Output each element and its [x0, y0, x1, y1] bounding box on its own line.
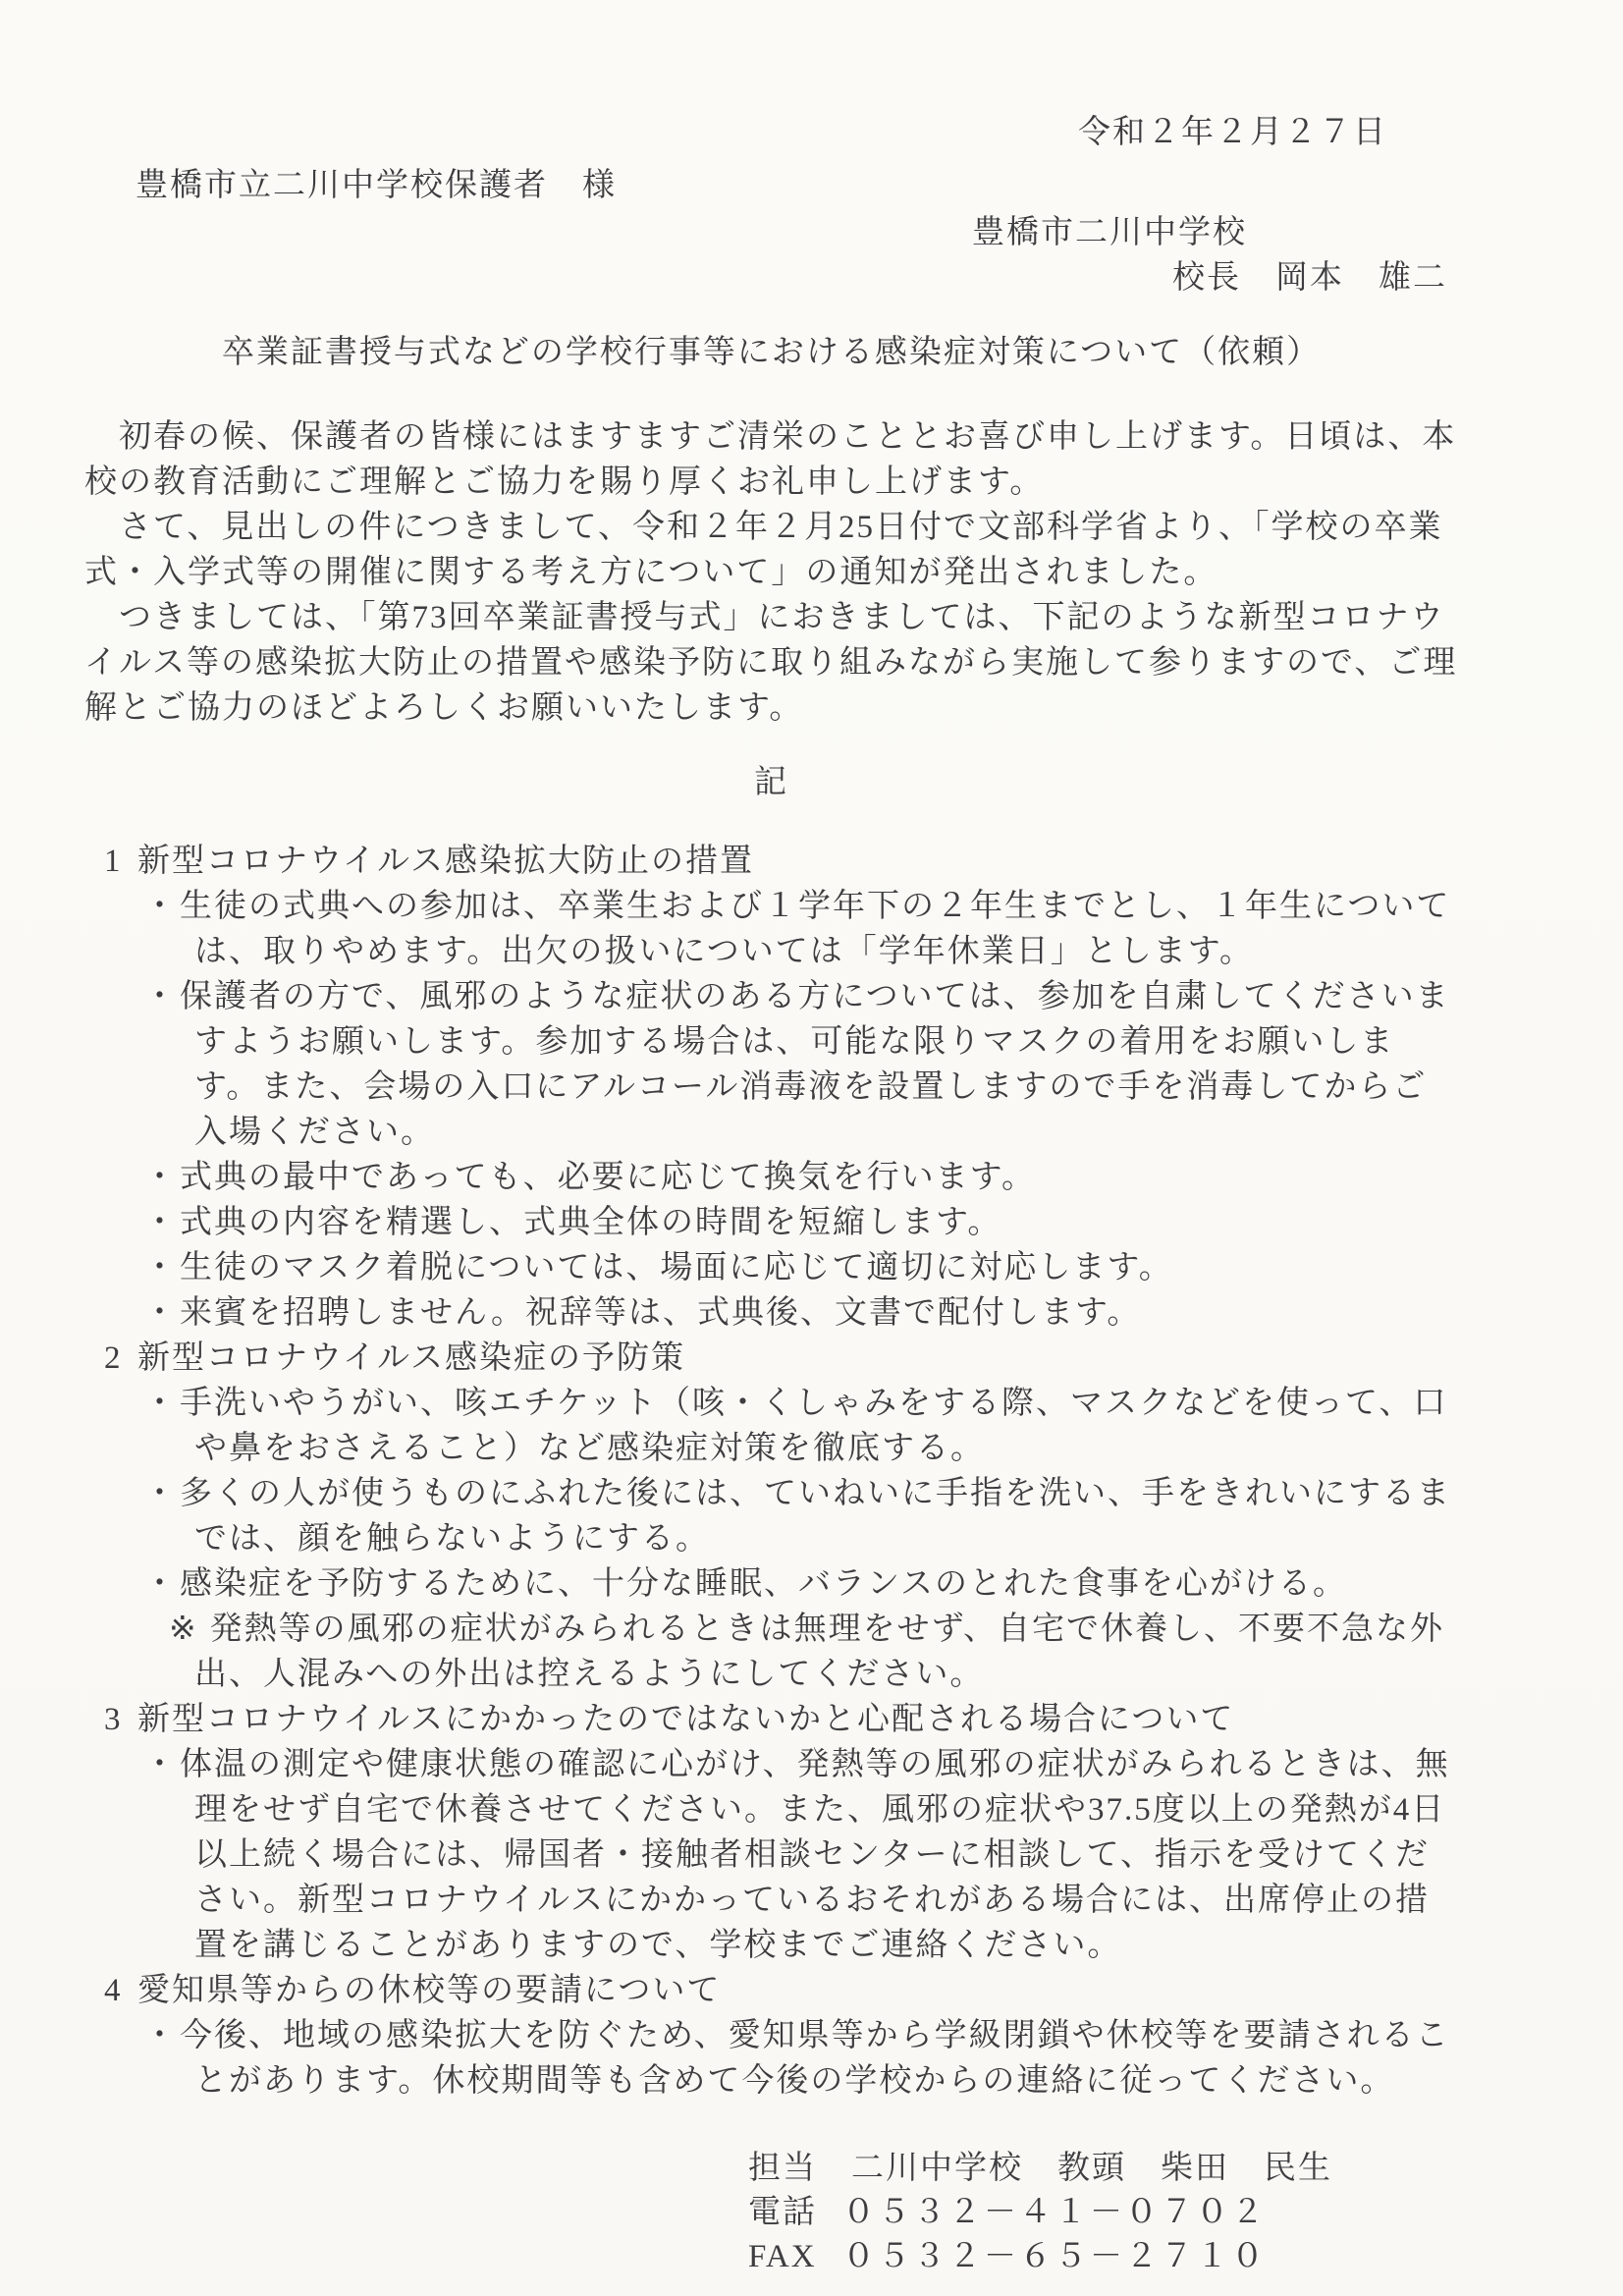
- list-item-text: 式典の内容を精選し、式典全体の時間を短縮します。: [180, 1205, 1001, 1240]
- fax-number: ０５３２－６５－２７１０: [842, 2239, 1267, 2274]
- section-number: 2: [84, 1336, 137, 1381]
- phone-number: ０５３２－４１－０７０２: [842, 2195, 1267, 2230]
- list-item: ・保護者の方で、風邪のような症状のある方については、参加を自粛してくださいますよ…: [84, 974, 1458, 1155]
- section-number: 3: [84, 1697, 137, 1742]
- bullet-marker: ・: [143, 1205, 178, 1240]
- bullet-marker: ・: [143, 979, 178, 1014]
- list-item: ・生徒の式典への参加は、卒業生および１学年下の２年生までとし、１年生については、…: [84, 884, 1458, 974]
- list-item: ・体温の測定や健康状態の確認に心がけ、発熱等の風邪の症状がみられるときは、無理を…: [84, 1742, 1458, 1968]
- section-heading-row: 1新型コロナウイルス感染拡大防止の措置: [84, 839, 1458, 884]
- list-item: ・手洗いやうがい、咳エチケット（咳・くしゃみをする際、マスクなどを使って、口や鼻…: [84, 1381, 1458, 1471]
- sender-principal: 校長 岡本 雄二: [84, 255, 1458, 301]
- list-item: ・多くの人が使うものにふれた後には、ていねいに手指を洗い、手をきれいにするまでは…: [84, 1471, 1458, 1561]
- section-heading-row: 2新型コロナウイルス感染症の予防策: [84, 1336, 1458, 1381]
- section-heading: 新型コロナウイルス感染症の予防策: [137, 1340, 685, 1376]
- note-marker: ※: [169, 1612, 198, 1647]
- bullet-marker: ・: [143, 1295, 178, 1331]
- greeting-paragraphs: 初春の候、保護者の皆様にはますますご清栄のこととお喜び申し上げます。日頃は、本校…: [84, 414, 1458, 731]
- section-number: 1: [84, 839, 137, 884]
- bullet-marker: ・: [143, 1250, 178, 1285]
- note-item: ※発熱等の風邪の症状がみられるときは無理をせず、自宅で休養し、不要不急な外出、人…: [84, 1607, 1458, 1697]
- document-title: 卒業証書授与式などの学校行事等における感染症対策について（依頼）: [84, 330, 1458, 375]
- list-item-text: 多くの人が使うものにふれた後には、ていねいに手指を洗い、手をきれいにするまでは、…: [180, 1476, 1451, 1557]
- list-item: ・生徒のマスク着脱については、場面に応じて適切に対応します。: [84, 1245, 1458, 1290]
- list-item: ・感染症を予防するために、十分な睡眠、バランスのとれた食事を心がける。: [84, 1561, 1458, 1607]
- bullet-marker: ・: [143, 889, 178, 924]
- contact-person: 担当 二川中学校 教頭 柴田 民生: [748, 2147, 1458, 2191]
- list-item: ・今後、地域の感染拡大を防ぐため、愛知県等から学級閉鎖や休校等を要請されることが…: [84, 2013, 1458, 2104]
- list-item: ・式典の最中であっても、必要に応じて換気を行います。: [84, 1155, 1458, 1200]
- phone-label: 電話: [748, 2191, 842, 2235]
- section-number: 4: [84, 1968, 137, 2013]
- scanned-letter-page: 令和２年２月２７日 豊橋市立二川中学校保護者 様 豊橋市二川中学校 校長 岡本 …: [0, 0, 1623, 2296]
- section-heading-row: 3新型コロナウイルスにかかったのではないかと心配される場合について: [84, 1697, 1458, 1742]
- list-item-text: 式典の最中であっても、必要に応じて換気を行います。: [180, 1160, 1036, 1195]
- phone-line: 電話０５３２－４１－０７０２: [748, 2191, 1458, 2235]
- contact-block: 担当 二川中学校 教頭 柴田 民生 電話０５３２－４１－０７０２ FAX０５３２…: [84, 2147, 1458, 2279]
- section-heading-row: 4愛知県等からの休校等の要請について: [84, 1968, 1458, 2013]
- bullet-marker: ・: [143, 1386, 178, 1421]
- section-heading: 新型コロナウイルス感染拡大防止の措置: [137, 844, 754, 879]
- paragraph: さて、見出しの件につきまして、令和２年２月25日付で文部科学省より、「学校の卒業…: [84, 505, 1458, 595]
- bullet-marker: ・: [143, 2018, 178, 2053]
- fax-label: FAX: [748, 2235, 842, 2279]
- addressee: 豊橋市立二川中学校保護者 様: [84, 163, 1458, 208]
- paragraph: 初春の候、保護者の皆様にはますますご清栄のこととお喜び申し上げます。日頃は、本校…: [84, 414, 1458, 505]
- list-item-text: 生徒の式典への参加は、卒業生および１学年下の２年生までとし、１年生については、取…: [180, 889, 1450, 969]
- list-item: ・来賓を招聘しません。祝辞等は、式典後、文書で配付します。: [84, 1290, 1458, 1336]
- document-date: 令和２年２月２７日: [84, 110, 1458, 155]
- paragraph: つきましては、「第73回卒業証書授与式」におきましては、下記のような新型コロナウ…: [84, 595, 1458, 731]
- bullet-marker: ・: [143, 1160, 178, 1195]
- bullet-marker: ・: [143, 1747, 178, 1782]
- section-heading: 新型コロナウイルスにかかったのではないかと心配される場合について: [137, 1702, 1234, 1737]
- list-item-text: 生徒のマスク着脱については、場面に応じて適切に対応します。: [180, 1250, 1173, 1285]
- section-3: 3新型コロナウイルスにかかったのではないかと心配される場合について ・体温の測定…: [84, 1697, 1458, 1968]
- list-item: ・式典の内容を精選し、式典全体の時間を短縮します。: [84, 1200, 1458, 1245]
- bullet-marker: ・: [143, 1566, 178, 1602]
- list-item-text: 手洗いやうがい、咳エチケット（咳・くしゃみをする際、マスクなどを使って、口や鼻を…: [180, 1386, 1447, 1466]
- list-item-text: 発熱等の風邪の症状がみられるときは無理をせず、自宅で休養し、不要不急な外出、人混…: [194, 1612, 1444, 1692]
- notice-sections: 1新型コロナウイルス感染拡大防止の措置 ・生徒の式典への参加は、卒業生および１学…: [84, 839, 1458, 2104]
- list-item-text: 今後、地域の感染拡大を防ぐため、愛知県等から学級閉鎖や休校等を要請されることがあ…: [180, 2018, 1450, 2099]
- sender-school: 豊橋市二川中学校: [84, 210, 1458, 255]
- list-item-text: 来賓を招聘しません。祝辞等は、式典後、文書で配付します。: [180, 1295, 1141, 1331]
- section-heading: 愛知県等からの休校等の要請について: [137, 1973, 721, 2008]
- fax-line: FAX０５３２－６５－２７１０: [748, 2235, 1458, 2279]
- list-item-text: 保護者の方で、風邪のような症状のある方については、参加を自粛してくださいますよう…: [180, 979, 1450, 1150]
- list-item-text: 体温の測定や健康状態の確認に心がけ、発熱等の風邪の症状がみられるときは、無理をせ…: [180, 1747, 1450, 1963]
- section-1: 1新型コロナウイルス感染拡大防止の措置 ・生徒の式典への参加は、卒業生および１学…: [84, 839, 1458, 1336]
- section-2: 2新型コロナウイルス感染症の予防策 ・手洗いやうがい、咳エチケット（咳・くしゃみ…: [84, 1336, 1458, 1697]
- list-item-text: 感染症を予防するために、十分な睡眠、バランスのとれた食事を心がける。: [180, 1566, 1347, 1602]
- bullet-marker: ・: [143, 1476, 178, 1511]
- record-marker: 記: [84, 760, 1458, 805]
- section-4: 4愛知県等からの休校等の要請について ・今後、地域の感染拡大を防ぐため、愛知県等…: [84, 1968, 1458, 2104]
